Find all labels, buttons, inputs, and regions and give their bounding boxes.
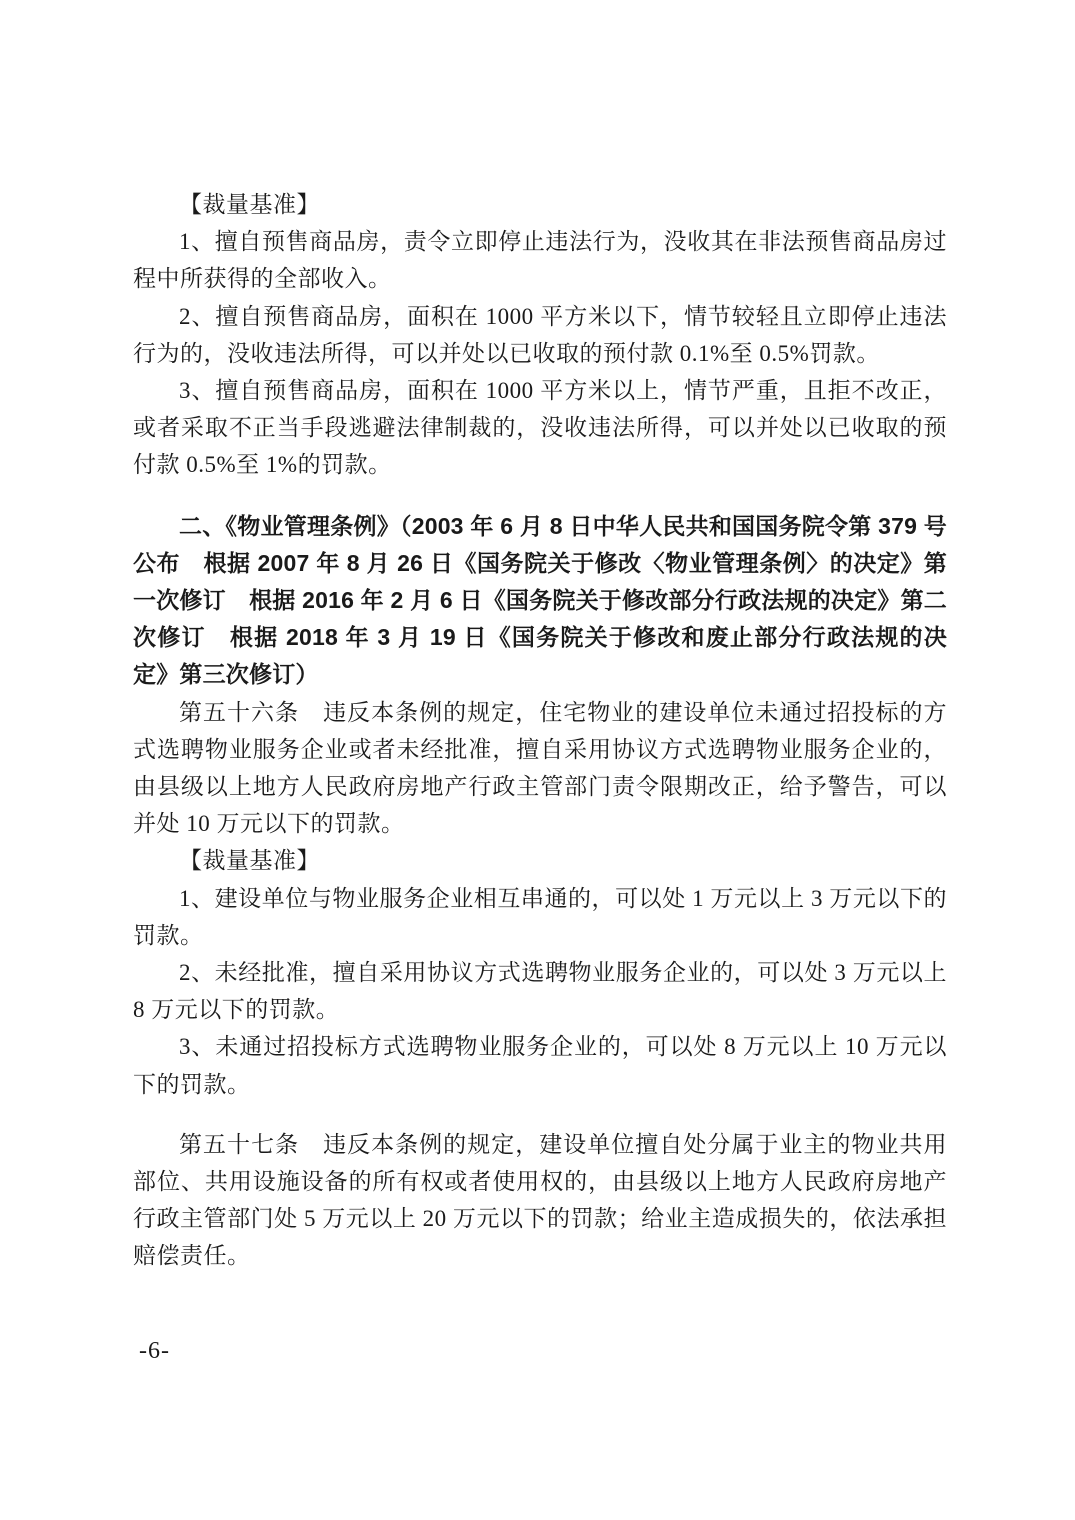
discretion-item: 3、擅自预售商品房，面积在 1000 平方米以上，情节严重，且拒不改正，或者采取… (133, 372, 947, 484)
discretion-item: 2、未经批准，擅自采用协议方式选聘物业服务企业的，可以处 3 万元以上 8 万元… (133, 954, 947, 1028)
discretion-item: 1、擅自预售商品房，责令立即停止违法行为，没收其在非法预售商品房过程中所获得的全… (133, 223, 947, 297)
discretion-item: 3、未通过招投标方式选聘物业服务企业的，可以处 8 万元以上 10 万元以下的罚… (133, 1028, 947, 1102)
regulation-title: 二、《物业管理条例》（2003 年 6 月 8 日中华人民共和国国务院令第 37… (133, 508, 947, 694)
article-56-text: 第五十六条 违反本条例的规定，住宅物业的建设单位未通过招投标的方式选聘物业服务企… (133, 694, 947, 843)
discretion-basis-heading: 【裁量基准】 (133, 842, 947, 879)
discretion-basis-heading: 【裁量基准】 (133, 186, 947, 223)
discretion-item: 1、建设单位与物业服务企业相互串通的，可以处 1 万元以上 3 万元以下的罚款。 (133, 880, 947, 954)
document-body: 【裁量基准】 1、擅自预售商品房，责令立即停止违法行为，没收其在非法预售商品房过… (133, 186, 947, 1275)
discretion-item: 2、擅自预售商品房，面积在 1000 平方米以下，情节较轻且立即停止违法行为的，… (133, 298, 947, 372)
page-number: -6- (139, 1338, 170, 1365)
article-57-text: 第五十七条 违反本条例的规定，建设单位擅自处分属于业主的物业共用部位、共用设施设… (133, 1126, 947, 1275)
document-page: 【裁量基准】 1、擅自预售商品房，责令立即停止违法行为，没收其在非法预售商品房过… (0, 0, 1075, 1520)
